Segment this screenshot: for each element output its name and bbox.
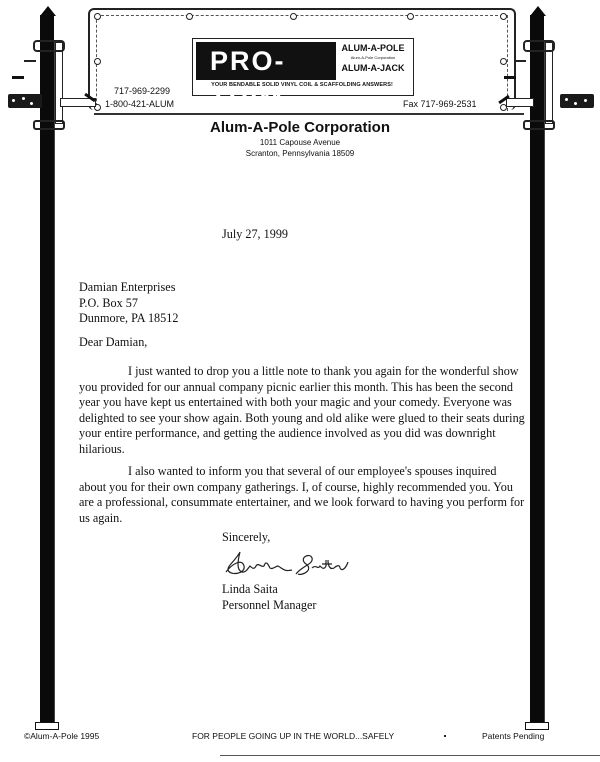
right-outrigger-arm <box>506 98 534 107</box>
side-logo-bottom: ALUM-A-JACK <box>338 62 408 74</box>
right-bracket-plate <box>560 94 594 108</box>
footer-slogan: FOR PEOPLE GOING UP IN THE WORLD...SAFEL… <box>192 731 394 741</box>
left-pole-clamp-lower <box>33 120 65 130</box>
salutation: Dear Damian, <box>79 335 147 351</box>
grommet-icon <box>407 13 414 20</box>
pro-trim-logo-mark: PRO-TRIM <box>196 42 336 80</box>
signer-title: Personnel Manager <box>222 598 316 614</box>
right-crank-handle-icon <box>514 60 526 62</box>
company-name: Alum-A-Pole Corporation <box>200 119 400 136</box>
side-logo-top: ALUM-A-POLE <box>338 42 408 54</box>
right-pole-edge <box>544 40 548 725</box>
paragraph-text: I just wanted to drop you a little note … <box>79 364 525 458</box>
left-pole-foot <box>35 722 59 730</box>
signer-block: Linda Saita Personnel Manager <box>222 582 316 613</box>
fax-number: Fax 717-969-2531 <box>403 97 477 111</box>
side-logo-mid: Alum-A-Pole Corporation <box>338 54 408 62</box>
signature-icon <box>222 546 352 580</box>
grommet-icon <box>94 13 101 20</box>
right-jack-frame <box>545 42 553 124</box>
recipient-line: Dunmore, PA 18512 <box>79 311 178 327</box>
right-pole-clamp-lower <box>523 120 555 130</box>
signature <box>222 546 352 580</box>
left-pole-edge <box>54 40 58 725</box>
letter-paragraph-1: I just wanted to drop you a little note … <box>79 364 525 458</box>
left-crank-handle-icon <box>24 60 36 62</box>
paragraph-text: I also wanted to inform you that several… <box>79 464 525 526</box>
alum-a-pole-side-logo: ALUM-A-POLE Alum-A-Pole Corporation ALUM… <box>338 42 408 80</box>
grommet-icon <box>94 58 101 65</box>
grommet-icon <box>500 58 507 65</box>
letter-paragraph-2: I also wanted to inform you that several… <box>79 464 525 526</box>
signer-name: Linda Saita <box>222 582 316 598</box>
grommet-icon <box>186 13 193 20</box>
recipient-line: P.O. Box 57 <box>79 296 178 312</box>
recipient-address: Damian Enterprises P.O. Box 57 Dunmore, … <box>79 280 178 327</box>
footer-patents: Patents Pending <box>482 731 544 741</box>
address-line-2: Scranton, Pennsylvania 18509 <box>200 148 400 159</box>
header-rule <box>94 113 524 115</box>
right-pole-foot <box>525 722 549 730</box>
footer-dot <box>444 735 446 737</box>
brand-logo-text: PRO-TRIM <box>196 42 336 118</box>
recipient-line: Damian Enterprises <box>79 280 178 296</box>
left-bracket-plate <box>8 94 42 108</box>
right-crank-grip-icon <box>504 76 516 79</box>
footer-copyright: ©Alum-A-Pole 1995 <box>24 731 99 741</box>
closing: Sincerely, <box>222 530 270 546</box>
grommet-icon <box>290 13 297 20</box>
company-address: 1011 Capouse Avenue Scranton, Pennsylvan… <box>200 137 400 159</box>
left-jack-frame <box>55 42 63 124</box>
scan-edge-line <box>220 755 600 756</box>
left-crank-grip-icon <box>12 76 24 79</box>
grommet-icon <box>500 13 507 20</box>
letter-date: July 27, 1999 <box>222 227 288 243</box>
logo-tagline: YOUR BENDABLE SOLID VINYL COIL & SCAFFOL… <box>196 82 408 88</box>
address-line-1: 1011 Capouse Avenue <box>200 137 400 148</box>
phone-tollfree: 1-800-421-ALUM <box>105 97 174 111</box>
phone-local: 717-969-2299 <box>114 84 170 98</box>
